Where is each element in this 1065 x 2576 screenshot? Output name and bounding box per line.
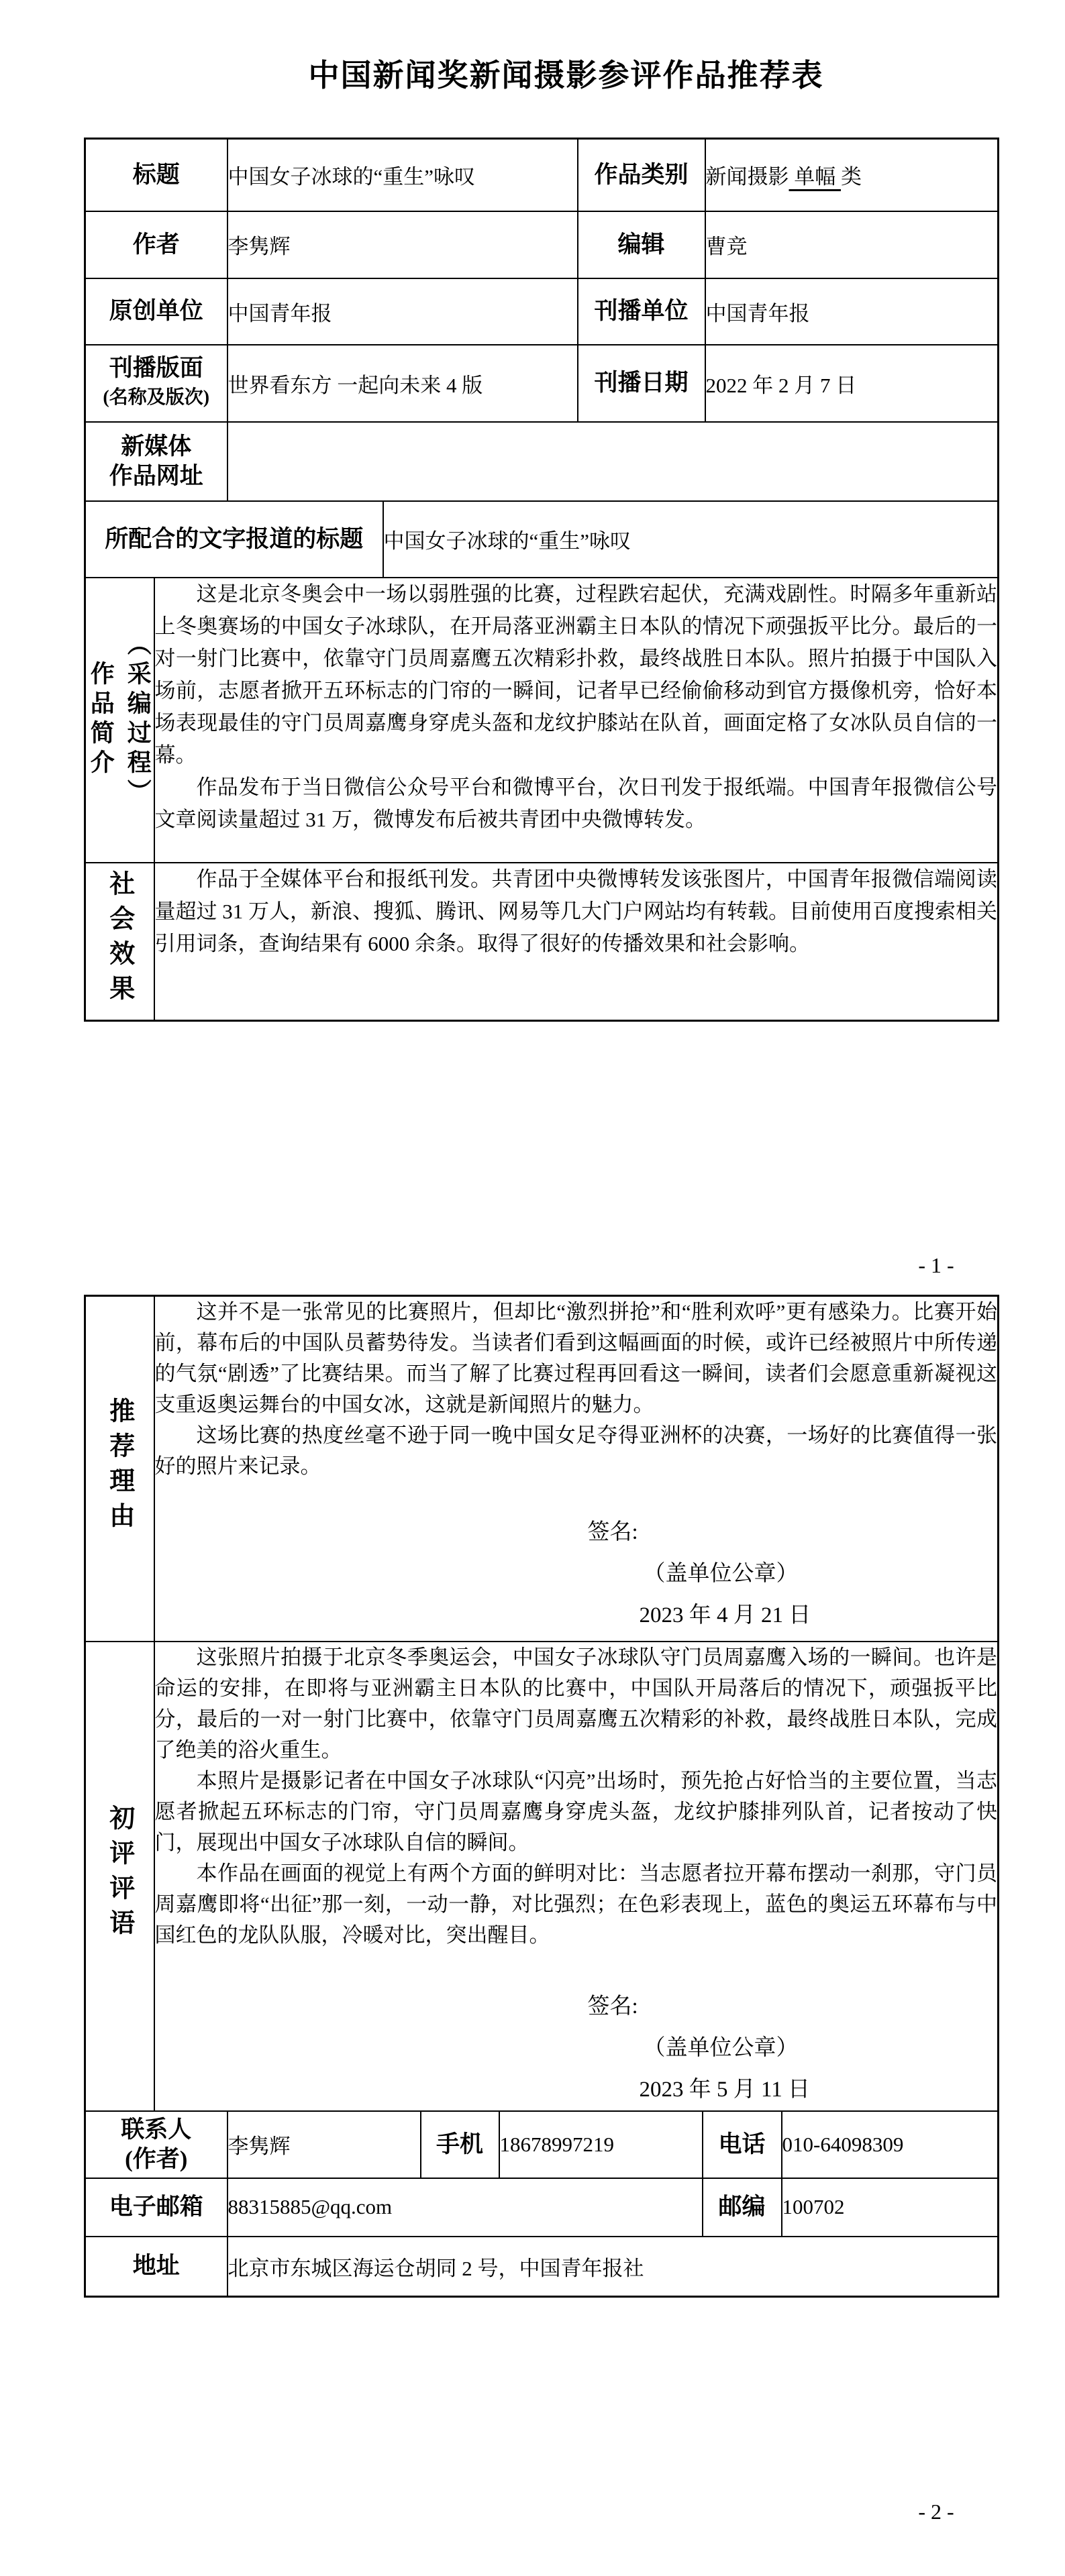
recommend-reason-content: 这并不是一张常见的比赛照片，但却比“激烈拼抢”和“胜利欢呼”更有感染力。比赛开始… — [154, 1296, 999, 1642]
new-media-label: 新媒体 作品网址 — [85, 422, 227, 501]
publish-unit-value: 中国青年报 — [705, 278, 999, 345]
layout-label: 刊播版面 (名称及版次) — [85, 345, 227, 422]
work-intro-label-left: 作品简介 — [85, 661, 119, 779]
signature-block-2: 签名: （盖单位公章） 2023 年 5 月 11 日 — [155, 1986, 998, 2110]
page-number-1: - 1 - — [886, 1253, 986, 1278]
original-unit-label: 原创单位 — [85, 278, 227, 345]
phone-value: 010-64098309 — [782, 2111, 999, 2178]
publish-unit-label: 刊播单位 — [578, 278, 705, 345]
contact-label: 联系人 (作者) — [85, 2111, 227, 2178]
initial-review-content: 这张照片拍摄于北京冬季奥运会，中国女子冰球队守门员周嘉鹰入场的一瞬间。也许是命运… — [154, 1642, 999, 2111]
page-number-2: - 2 - — [886, 2500, 986, 2524]
new-media-value — [227, 422, 999, 501]
email-value: 88315885@qq.com — [227, 2178, 703, 2237]
title-label: 标题 — [85, 139, 227, 211]
work-intro-content: 这是北京冬奥会中一场以弱胜强的比赛，过程跌宕起伏，充满戏剧性。时隔多年重新站上冬… — [154, 578, 999, 863]
work-intro-paragraph-2: 作品发布于当日微信公众号平台和微博平台，次日刊发于报纸端。中国青年报微信公号文章… — [155, 771, 998, 836]
editor-label: 编辑 — [578, 211, 705, 278]
seal-note-1: （盖单位公章） — [155, 1553, 998, 1595]
address-label: 地址 — [85, 2237, 227, 2297]
contact-label-line1: 联系人 — [86, 2115, 227, 2145]
phone-label: 电话 — [703, 2111, 782, 2178]
work-intro-label: 作品简介 （采编过程） — [85, 578, 154, 863]
text-report-value: 中国女子冰球的“重生”咏叹 — [383, 501, 999, 578]
zip-value: 100702 — [782, 2178, 999, 2237]
table-row: 推荐理由 这并不是一张常见的比赛照片，但却比“激烈拼抢”和“胜利欢呼”更有感染力… — [85, 1296, 999, 1642]
table-row: 原创单位 中国青年报 刊播单位 中国青年报 — [85, 278, 999, 345]
work-intro-paragraph-1: 这是北京冬奥会中一场以弱胜强的比赛，过程跌宕起伏，充满戏剧性。时隔多年重新站上冬… — [155, 578, 998, 771]
category-label: 作品类别 — [578, 139, 705, 211]
signature-block-1: 签名: （盖单位公章） 2023 年 4 月 21 日 — [155, 1511, 998, 1636]
recommend-reason-label: 推荐理由 — [85, 1296, 154, 1642]
signature-label-2: 签名: — [155, 1986, 998, 2027]
table-row: 刊播版面 (名称及版次) 世界看东方 一起向未来 4 版 刊播日期 2022 年… — [85, 345, 999, 422]
document-title: 中国新闻奖新闻摄影参评作品推荐表 — [67, 51, 1065, 95]
signature-date-1: 2023 年 4 月 21 日 — [155, 1595, 998, 1636]
table-row: 初评评语 这张照片拍摄于北京冬季奥运会，中国女子冰球队守门员周嘉鹰入场的一瞬间。… — [85, 1642, 999, 2111]
social-effect-content: 作品于全媒体平台和报纸刊发。共青团中央微博转发该张图片，中国青年报微信端阅读量超… — [154, 863, 999, 1021]
work-intro-label-right: （采编过程） — [121, 631, 154, 808]
author-label: 作者 — [85, 211, 227, 278]
publish-date-label: 刊播日期 — [578, 345, 705, 422]
document-page: 中国新闻奖新闻摄影参评作品推荐表 标题 中国女子冰球的“重生”咏叹 作品类别 新… — [0, 0, 1065, 2576]
publish-date-value: 2022 年 2 月 7 日 — [705, 345, 999, 422]
signature-label-1: 签名: — [155, 1511, 998, 1553]
original-unit-value: 中国青年报 — [227, 278, 578, 345]
review-paragraph-3: 本作品在画面的视觉上有两个方面的鲜明对比：当志愿者拉开幕布摆动一刹那，守门员周嘉… — [155, 1858, 998, 1951]
category-underlined: 单幅 — [789, 165, 842, 189]
table-row: 电子邮箱 88315885@qq.com 邮编 100702 — [85, 2178, 999, 2237]
layout-value: 世界看东方 一起向未来 4 版 — [227, 345, 578, 422]
category-suffix: 类 — [841, 165, 862, 189]
table-row: 作者 李隽辉 编辑 曹竞 — [85, 211, 999, 278]
signature-date-2: 2023 年 5 月 11 日 — [155, 2069, 998, 2110]
title-value: 中国女子冰球的“重生”咏叹 — [227, 139, 578, 211]
table-row: 所配合的文字报道的标题 中国女子冰球的“重生”咏叹 — [85, 501, 999, 578]
review-paragraph-1: 这张照片拍摄于北京冬季奥运会，中国女子冰球队守门员周嘉鹰入场的一瞬间。也许是命运… — [155, 1642, 998, 1766]
review-paragraph-2: 本照片是摄影记者在中国女子冰球队“闪亮”出场时，预先抢占好恰当的主要位置，当志愿… — [155, 1766, 998, 1858]
contact-value: 李隽辉 — [227, 2111, 421, 2178]
new-media-label-line1: 新媒体 — [86, 432, 227, 462]
recommendation-table: 推荐理由 这并不是一张常见的比赛照片，但却比“激烈拼抢”和“胜利欢呼”更有感染力… — [84, 1295, 999, 2298]
recommend-paragraph-2: 这场比赛的热度丝毫不逊于同一晚中国女足夺得亚洲杯的决赛，一场好的比赛值得一张好的… — [155, 1420, 998, 1482]
author-value: 李隽辉 — [227, 211, 578, 278]
zip-label: 邮编 — [703, 2178, 782, 2237]
social-effect-paragraph: 作品于全媒体平台和报纸刊发。共青团中央微博转发该张图片，中国青年报微信端阅读量超… — [155, 863, 998, 960]
address-value: 北京市东城区海运仓胡同 2 号，中国青年报社 — [227, 2237, 999, 2297]
recommend-paragraph-1: 这并不是一张常见的比赛照片，但却比“激烈拼抢”和“胜利欢呼”更有感染力。比赛开始… — [155, 1297, 998, 1420]
social-effect-label: 社会效果 — [85, 863, 154, 1021]
email-label: 电子邮箱 — [85, 2178, 227, 2237]
table-row: 社会效果 作品于全媒体平台和报纸刊发。共青团中央微博转发该张图片，中国青年报微信… — [85, 863, 999, 1021]
layout-label-line2: (名称及版次) — [86, 383, 227, 413]
layout-label-line1: 刊播版面 — [86, 354, 227, 383]
entry-info-table: 标题 中国女子冰球的“重生”咏叹 作品类别 新闻摄影 单幅 类 作者 李隽辉 编… — [84, 138, 999, 1022]
text-report-label: 所配合的文字报道的标题 — [85, 501, 383, 578]
contact-label-line2: (作者) — [86, 2145, 227, 2174]
seal-note-2: （盖单位公章） — [155, 2027, 998, 2069]
table-row: 标题 中国女子冰球的“重生”咏叹 作品类别 新闻摄影 单幅 类 — [85, 139, 999, 211]
category-prefix: 新闻摄影 — [706, 165, 789, 189]
initial-review-label: 初评评语 — [85, 1642, 154, 2111]
table-row: 联系人 (作者) 李隽辉 手机 18678997219 电话 010-64098… — [85, 2111, 999, 2178]
mobile-label: 手机 — [421, 2111, 499, 2178]
new-media-label-line2: 作品网址 — [86, 462, 227, 491]
table-row: 作品简介 （采编过程） 这是北京冬奥会中一场以弱胜强的比赛，过程跌宕起伏，充满戏… — [85, 578, 999, 863]
category-value: 新闻摄影 单幅 类 — [705, 139, 999, 211]
table-row: 地址 北京市东城区海运仓胡同 2 号，中国青年报社 — [85, 2237, 999, 2297]
editor-value: 曹竞 — [705, 211, 999, 278]
mobile-value: 18678997219 — [499, 2111, 703, 2178]
table-row: 新媒体 作品网址 — [85, 422, 999, 501]
